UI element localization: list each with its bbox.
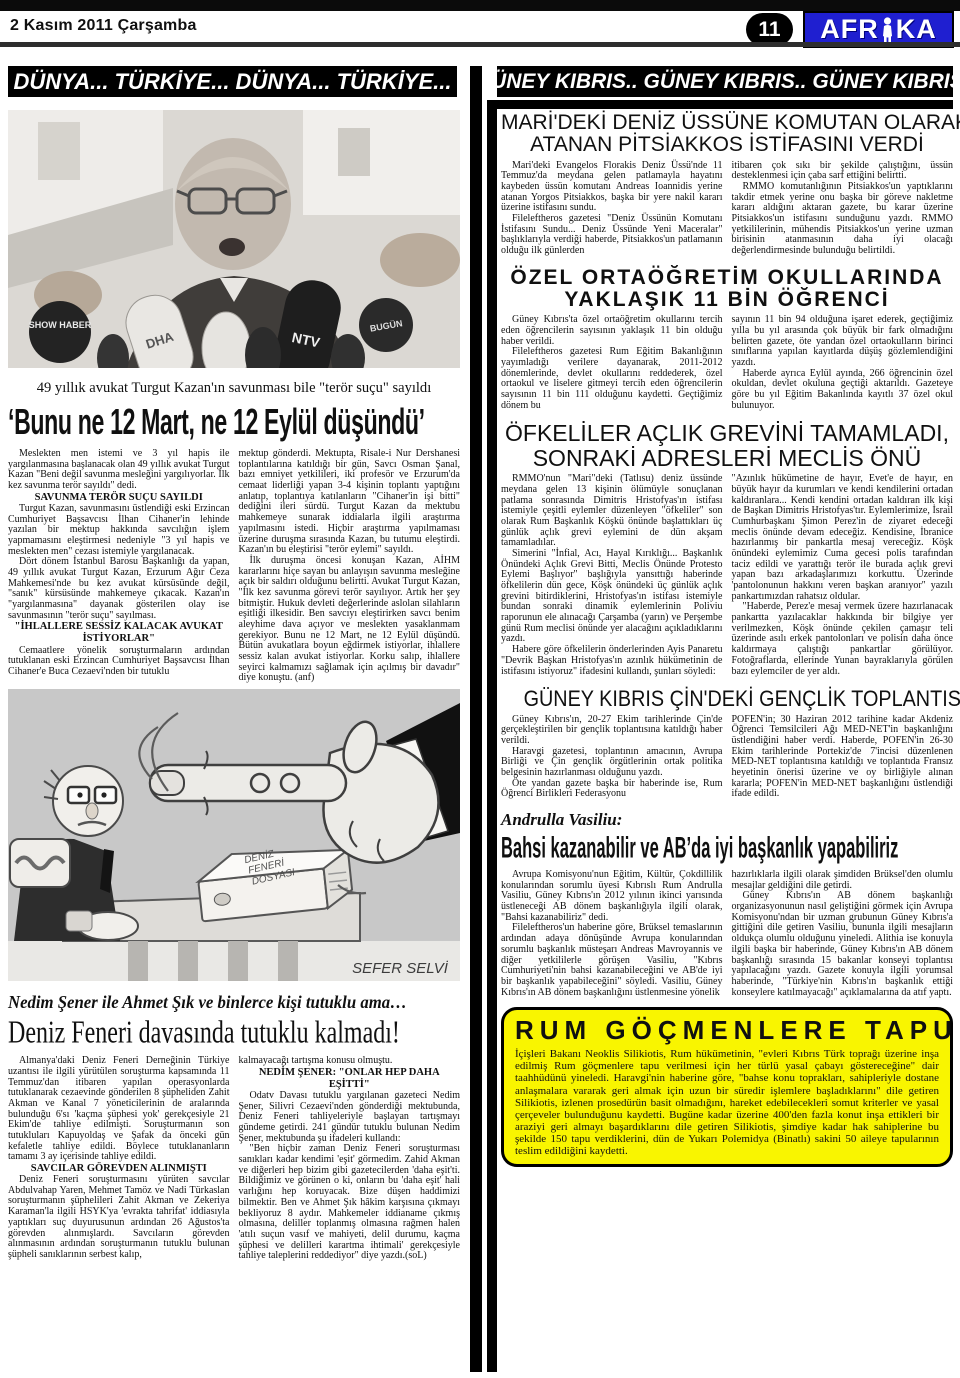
vasiliu-kicker: Andrulla Vasiliu:	[501, 810, 953, 830]
paragraph: Deniz Feneri soruşturmasını yürüten savc…	[8, 1175, 230, 1261]
logo-text-right: KA	[896, 14, 937, 45]
vasiliu-body: Avrupa Komisyonu'nun Eğitim, Kültür, Çok…	[501, 870, 953, 998]
paragraph: Odatv Davası tutuklu yargılanan gazeteci…	[239, 1091, 461, 1144]
vasiliu-headline: Bahsi kazanabilir ve AB’da iyi başkanlık…	[501, 831, 799, 865]
right-section-frame-top	[487, 100, 953, 109]
ofkeliler-col2: "Azınlık hükümetine de hayır, Evet'e de …	[732, 474, 954, 677]
ozel-body: Güney Kıbrıs'ta özel ortaöğretim okullar…	[501, 315, 953, 411]
genclik-col2: POFEN'in; 30 Haziran 2012 tarihine kadar…	[732, 715, 954, 801]
left-section: SHOW HABER DHA NTV BUGÜN	[8, 110, 460, 1262]
paragraph: Haberde ayrıca Eylül ayında, 266 öğrenci…	[732, 369, 954, 412]
ofkeliler-col1: RMMO'nun "Mari"deki (Tatlısu) deniz üssü…	[501, 474, 723, 677]
tapu-body: İçişleri Bakanı Neoklis Silikiotis, Rum …	[515, 1048, 939, 1157]
paragraph: İlk duruşma öncesi konuşan Kazan, AİHM k…	[239, 556, 461, 684]
turgut-kicker: 49 yıllık avukat Turgut Kazan'ın savunma…	[15, 380, 453, 397]
paragraph: Simerini "İnfial, Acı, Hayal Kırıklığı..…	[501, 549, 723, 645]
paragraph: RMMO'nun "Mari"deki (Tatlısu) deniz üssü…	[501, 474, 723, 549]
mari-col2: itibaren çok sıkı bir şekilde çalıştığın…	[732, 161, 954, 257]
vertical-divider	[470, 66, 482, 1372]
feneri-col2: kalmayacağı tartışma konusu olmuştu. NED…	[239, 1056, 461, 1262]
paragraph: Dört dönem İstanbul Barosu Başkanlığı da…	[8, 557, 230, 621]
paragraph: Güney Kıbrıs'ta özel ortaöğretim okullar…	[501, 315, 723, 347]
paragraph: sayının 11 bin 94 olduğuna işaret ederek…	[732, 315, 954, 368]
title-line: YAKLAŞIK 11 BİN ÖĞRENCİ	[501, 289, 953, 311]
paragraph: POFEN'in; 30 Haziran 2012 tarihine kadar…	[732, 715, 954, 801]
paragraph: "Azınlık hükümetine de hayır, Evet'e de …	[732, 474, 954, 602]
paragraph: Turgut Kazan, savunmasını üstlendiği esk…	[8, 504, 230, 557]
tapu-highlight-box: RUM GÖÇMENLERE TAPU İçişleri Bakanı Neok…	[501, 1007, 953, 1167]
turgut-col2: mektup gönderdi. Mektupta, Risale-i Nur …	[239, 449, 461, 684]
ozel-col2: sayının 11 bin 94 olduğuna işaret ederek…	[732, 315, 954, 411]
paragraph: Meslekten men istemi ve 3 yıl hapis ile …	[8, 449, 230, 492]
title-line: ATANAN PİTSİAKKOS İSTİFASINI VERDİ	[501, 134, 953, 156]
paragraph: Habere göre öfkelilerin önderlerinden Ay…	[501, 645, 723, 677]
paragraph: Mari'deki Evangelos Florakis Deniz Üssü'…	[501, 161, 723, 214]
turgut-col1: Meslekten men istemi ve 3 yıl hapis ile …	[8, 449, 230, 684]
paragraph: RMMO komutanlığının Pitsiakkos'un yaptık…	[732, 182, 954, 257]
mari-title: MARİ'DEKİ DENİZ ÜSSÜNE KOMUTAN OLARAK AT…	[501, 112, 953, 157]
turgut-headline: ‘Bunu ne 12 Mart, ne 12 Eylül düşündü’	[8, 401, 324, 443]
turgut-body: Meslekten men istemi ve 3 yıl hapis ile …	[8, 449, 460, 684]
banner-guney-kibris: GÜNEY KIBRIS.. GÜNEY KIBRIS.. GÜNEY KIBR…	[497, 66, 953, 97]
paragraph: kalmayacağı tartışma konusu olmuştu.	[239, 1056, 461, 1067]
ozel-title: ÖZEL ORTAÖĞRETİM OKULLARINDA YAKLAŞIK 11…	[501, 267, 953, 312]
right-section: MARİ'DEKİ DENİZ ÜSSÜNE KOMUTAN OLARAK AT…	[501, 112, 953, 1167]
logo-text-left: AFR	[820, 14, 879, 45]
ofkeliler-title: ÖFKELİLER AÇLIK GREVİNİ TAMAMLADI, SONRA…	[501, 421, 953, 470]
paragraph: mektup gönderdi. Mektupta, Risale-i Nur …	[239, 449, 461, 556]
speaker-hand-right	[380, 233, 460, 287]
feneri-kicker: Nedim Şener ile Ahmet Şık ve binlerce ki…	[8, 992, 428, 1013]
turgut-kazan-photo: SHOW HABER DHA NTV BUGÜN	[8, 110, 460, 368]
paragraph: Güney Kıbrıs'ın AB dönem başkanlığı orga…	[732, 891, 954, 998]
paragraph: Cemaatlere yönelik soruşturmaların ardın…	[8, 646, 230, 678]
paragraph: "Ben hiçbir zaman Deniz Feneri soruşturm…	[239, 1144, 461, 1262]
mari-col1: Mari'deki Evangelos Florakis Deniz Üssü'…	[501, 161, 723, 257]
title-line: ÖZEL ORTAÖĞRETİM OKULLARINDA	[501, 267, 953, 289]
tapu-title: RUM GÖÇMENLERE TAPU	[515, 1015, 939, 1046]
feneri-body: Almanya'daki Deniz Feneri Derneğinin Tür…	[8, 1056, 460, 1262]
svg-text:SHOW HABER: SHOW HABER	[29, 320, 92, 330]
open-mouth	[219, 238, 245, 256]
title-line: SONRAKİ ADRESLERİ MECLİS ÖNÜ	[501, 446, 953, 470]
genclik-body: Güney Kıbrıs'ın, 20-27 Ekim tarihlerinde…	[501, 715, 953, 801]
paragraph: hazırlıklarla ilgili olarak şimdiden Brü…	[732, 870, 954, 891]
paragraph: Almanya'daki Deniz Feneri Derneğinin Tür…	[8, 1056, 230, 1163]
logo-figure-icon	[881, 16, 894, 44]
paragraph: Fileleftheros gazetesi "Deniz Üssünün Ko…	[501, 214, 723, 257]
newspaper-page: 2 Kasım 2011 Çarşamba 11 AFR KA DÜNYA...…	[0, 0, 960, 1378]
subhead: NEDİM ŞENER: "ONLAR HEP DAHA EŞİTTİ"	[239, 1067, 461, 1091]
title-line: GÜNEY KIBRIS ÇİN'DEKİ GENÇLİK TOPLANTISI…	[524, 687, 931, 710]
subhead: SAVUNMA TERÖR SUÇU SAYILDI	[8, 492, 230, 504]
ozel-col1: Güney Kıbrıs'ta özel ortaöğretim okullar…	[501, 315, 723, 411]
paragraph: Fileleftheros'un haberine göre, Brüksel …	[501, 923, 723, 998]
feneri-headline: Deniz Feneri davasında tutuklu kalmadı!	[8, 1015, 370, 1051]
genclik-col1: Güney Kıbrıs'ın, 20-27 Ekim tarihlerinde…	[501, 715, 723, 801]
subhead: "İHLALLERE SESSİZ KALACAK AVUKAT İSTİYOR…	[8, 621, 230, 645]
ofkeliler-body: RMMO'nun "Mari"deki (Tatlısu) deniz üssü…	[501, 474, 953, 677]
banner-dunya-turkiye: DÜNYA... TÜRKİYE... DÜNYA... TÜRKİYE...	[8, 66, 457, 97]
vasiliu-col1: Avrupa Komisyonu'nun Eğitim, Kültür, Çok…	[501, 870, 723, 998]
title-line: ÖFKELİLER AÇLIK GREVİNİ TAMAMLADI,	[501, 421, 953, 445]
paragraph: Fileleftheros gazetesi Rum Eğitim Bakanl…	[501, 347, 723, 411]
paragraph: Öte yandan gazete başka bir haberinde is…	[501, 779, 723, 800]
title-line: MARİ'DEKİ DENİZ ÜSSÜNE KOMUTAN OLARAK	[501, 112, 953, 134]
mari-body: Mari'deki Evangelos Florakis Deniz Üssü'…	[501, 161, 953, 257]
deniz-feneri-cartoon: DENİZ FENERİ DOSYASI SEFER SELVİ	[8, 689, 460, 981]
vasiliu-col2: hazırlıklarla ilgili olarak şimdiden Brü…	[732, 870, 954, 998]
edition-date: 2 Kasım 2011 Çarşamba	[10, 17, 197, 35]
paragraph: Avrupa Komisyonu'nun Eğitim, Kültür, Çok…	[501, 870, 723, 923]
feneri-col1: Almanya'daki Deniz Feneri Derneğinin Tür…	[8, 1056, 230, 1262]
genclik-title: GÜNEY KIBRIS ÇİN'DEKİ GENÇLİK TOPLANTISI…	[501, 687, 953, 710]
paragraph: Güney Kıbrıs'ın, 20-27 Ekim tarihlerinde…	[501, 715, 723, 747]
page-number: 11	[758, 18, 780, 42]
masthead-rule	[0, 42, 960, 47]
paragraph: "Haberde, Perez'e mesaj vermek üzere haz…	[732, 602, 954, 677]
paragraph: itibaren çok sıkı bir şekilde çalıştığın…	[732, 161, 954, 182]
right-section-frame-left	[487, 100, 497, 1372]
paragraph: Haravgi gazetesi, toplantının amacının, …	[501, 747, 723, 779]
cartoonist-signature: SEFER SELVİ	[352, 960, 449, 977]
top-black-bar	[0, 0, 960, 11]
